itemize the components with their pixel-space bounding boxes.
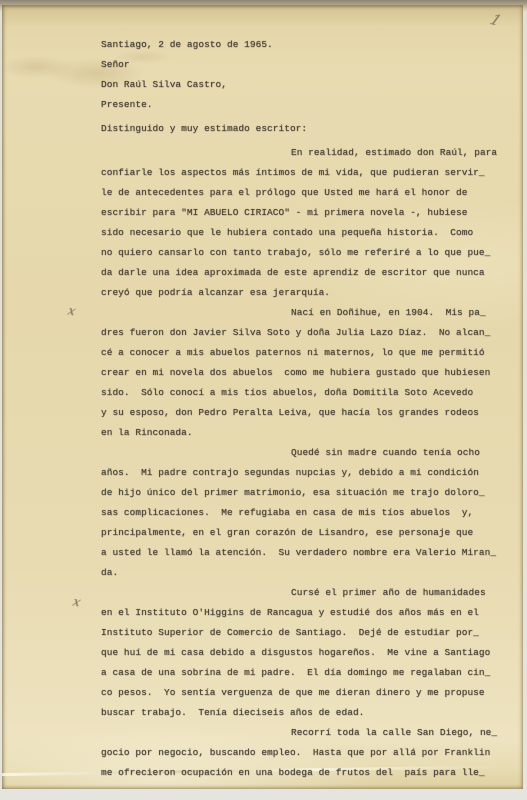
letter-content: Santiago, 2 de agosto de 1965. Señor Don…	[2, 5, 523, 783]
letter-line: confiarle los aspectos más íntimos de mi…	[101, 163, 523, 183]
letter-page: 1 x x Santiago, 2 de agosto de 1965. Señ…	[2, 5, 523, 789]
recipient-name: Don Raúl Silva Castro,	[101, 75, 523, 95]
letter-line: años. Mi padre contrajo segundas nupcias…	[101, 463, 523, 483]
recipient-city: Presente.	[101, 95, 523, 115]
letter-line: le de antecedentes para el prólogo que U…	[101, 183, 523, 203]
letter-line: crear en mi novela dos abuelos como me h…	[101, 363, 523, 383]
letter-line: Cursé el primer año de humanidades	[101, 583, 523, 603]
scanned-letter-screenshot: { "scan": { "page_number_annotation": "1…	[0, 0, 527, 800]
letter-line: en la Rinconada.	[101, 423, 523, 443]
letter-line: de hijo único del primer matrimonio, esa…	[101, 483, 523, 503]
letter-line: buscar trabajo. Tenía dieciseis años de …	[101, 703, 523, 723]
letter-line: no quiero cansarlo con tanto trabajo, só…	[101, 243, 523, 263]
letter-line: Quedé sin madre cuando tenía ocho	[101, 443, 523, 463]
salutation: Distinguido y muy estimado escritor:	[101, 119, 523, 139]
letter-line: principalmente, en el gran corazón de Li…	[101, 523, 523, 543]
letter-line: Nací en Doñihue, en 1904. Mis pa_	[101, 303, 523, 323]
letter-line: Instituto Superior de Comercio de Santia…	[101, 623, 523, 643]
letter-line: que huí de mi casa debido a disgustos ho…	[101, 643, 523, 663]
letter-line: en el Instituto O'Higgins de Rancagua y …	[101, 603, 523, 623]
letter-date: Santiago, 2 de agosto de 1965.	[101, 35, 523, 55]
letter-line: me ofrecieron ocupación en una bodega de…	[101, 763, 523, 783]
letter-line: da.	[101, 563, 523, 583]
letter-line: Recorrí toda la calle San Diego, ne_	[101, 723, 523, 743]
letter-line: da darle una idea aproximada de este apr…	[101, 263, 523, 283]
letter-line: cé a conocer a mis abuelos paternos ni m…	[101, 343, 523, 363]
letter-line: sido necesario que le hubiera contado un…	[101, 223, 523, 243]
letter-line: a casa de una sobrina de mi padre. El dí…	[101, 663, 523, 683]
letter-line: sido. Sólo conocí a mis tíos abuelos, do…	[101, 383, 523, 403]
letter-line: gocio por negocio, buscando empleo. Hast…	[101, 743, 523, 763]
letter-line: En realidad, estimado don Raúl, para	[101, 143, 523, 163]
letter-line: a usted le llamó la atención. Su verdade…	[101, 543, 523, 563]
letter-line: sas complicaciones. Me refugiaba en casa…	[101, 503, 523, 523]
letter-line: dres fueron don Javier Silva Soto y doña…	[101, 323, 523, 343]
letter-line: y su esposo, don Pedro Peralta Leiva, qu…	[101, 403, 523, 423]
recipient-title: Señor	[101, 55, 523, 75]
letter-line: co pesos. Yo sentía verguenza de que me …	[101, 683, 523, 703]
letter-line: creyó que podría alcanzar esa jerarquía.	[101, 283, 523, 303]
letter-line: escribir para "MI ABUELO CIRIACO" - mi p…	[101, 203, 523, 223]
